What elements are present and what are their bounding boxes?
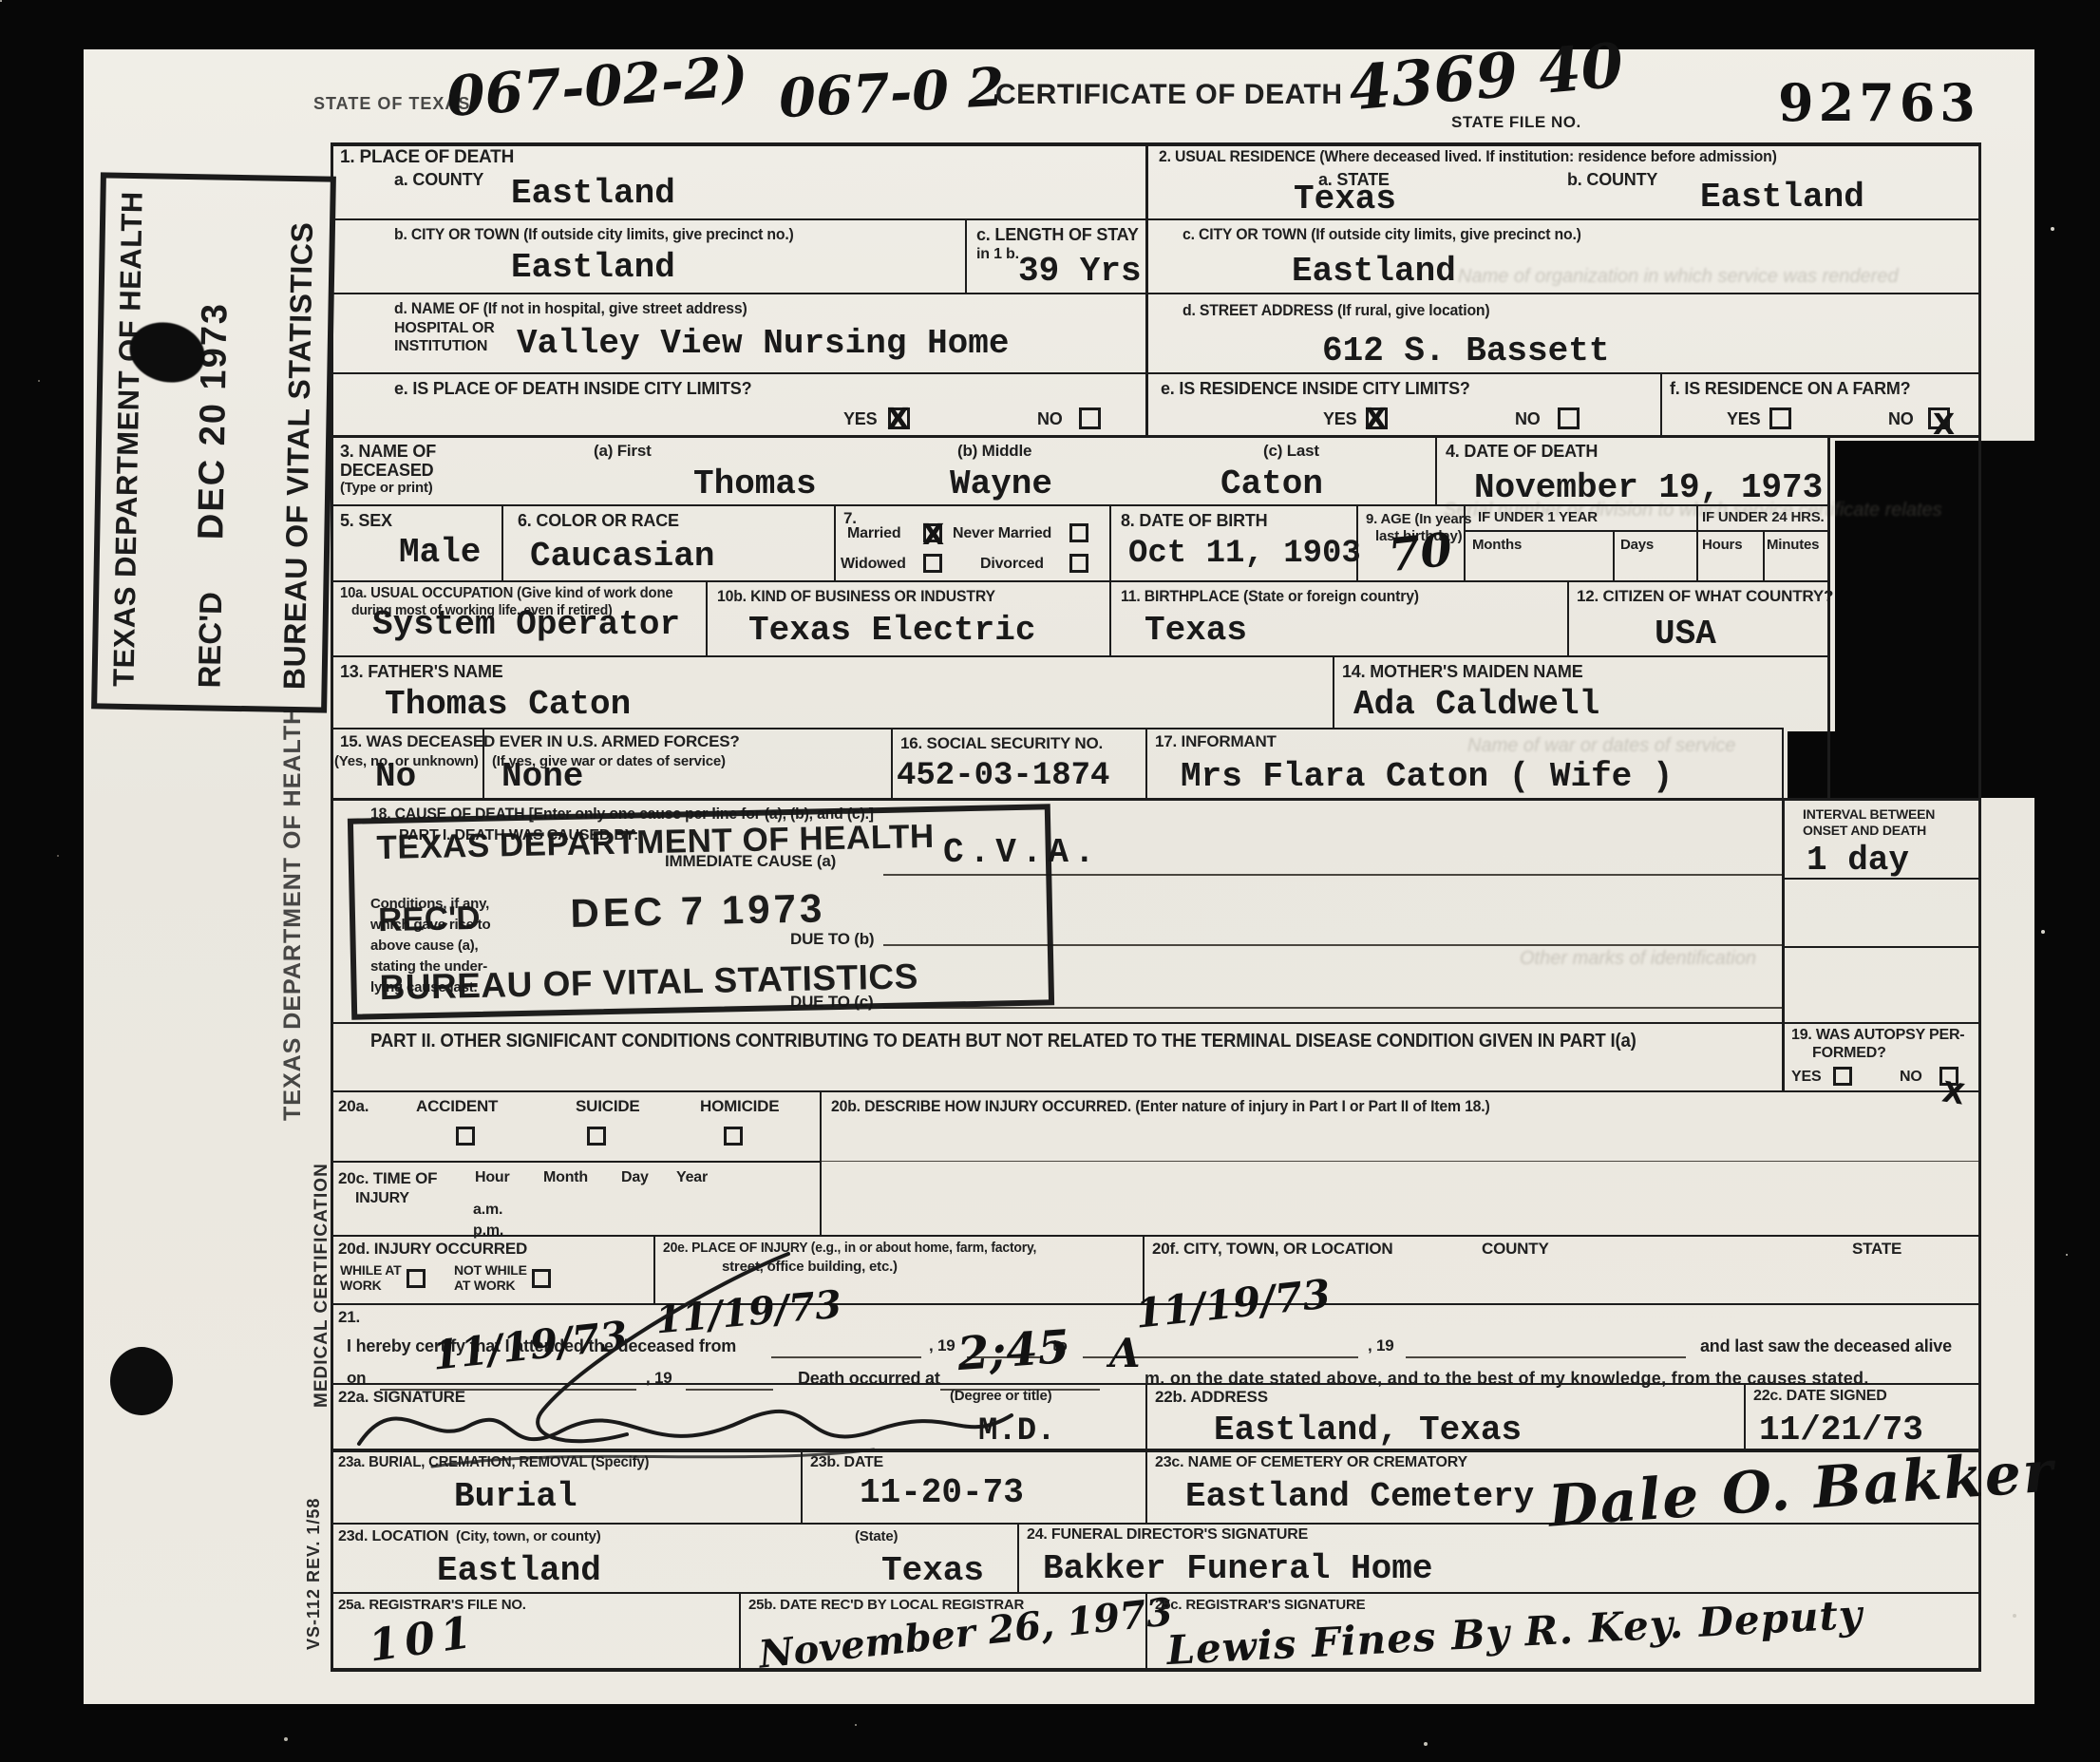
check-x: X [1933,408,1955,442]
field-17-value: Mrs Flara Caton ( Wife ) [1181,760,1673,794]
field-1c-label2: in 1 b. [976,247,1019,263]
field-1d-label2: HOSPITAL OR [394,321,495,337]
rule-line [1406,1356,1686,1358]
stamp-line1: TEXAS DEPARTMENT OF HEALTH [376,816,1023,867]
married-label: Married [847,526,900,542]
field-1d-label: d. NAME OF (If not in hospital, give str… [394,300,747,317]
field-19-label2: FORMED? [1812,1046,1886,1062]
last-name-label: (c) Last [1263,443,1319,460]
field-2b-label: b. COUNTY [1567,171,1657,189]
field-2b-value: Eastland [1700,180,1864,215]
checkbox-suicide [587,1127,606,1146]
field-15s2-value: None [501,760,583,794]
city-town-county-label: (City, town, or county) [456,1529,601,1544]
month-label: Month [543,1170,588,1186]
yes-label: YES [1727,410,1760,428]
degree-title-label: (Degree or title) [950,1389,1051,1404]
divider [739,1592,741,1668]
middle-name-value: Wayne [950,467,1052,502]
field-14-value: Ada Caldwell [1353,688,1599,722]
stamp-date: DEC 7 1973 [570,885,826,937]
field-25c-label: 25c. REGISTRAR'S SIGNATURE [1155,1598,1365,1613]
year-label: Year [676,1170,708,1186]
certify-tail-text: m. on the date stated above, and to the … [1145,1370,1869,1388]
yes-label: YES [1323,410,1356,428]
scanned-death-certificate: STATE OF TEXAS 067-02-2) 067-0 2 CERTIFI… [0,0,2100,1762]
bleed-through-text: Name of organization in which service wa… [1458,266,1899,288]
field-2f-label: f. IS RESIDENCE ON A FARM? [1670,380,1910,398]
field-10b-label: 10b. KIND OF BUSINESS OR INDUSTRY [717,588,995,605]
bleed-through-text: Other marks of identification [1520,948,1756,970]
divider [1827,435,1830,798]
field-23b-value: 11-20-73 [860,1476,1024,1510]
field-22b-label: 22b. ADDRESS [1155,1389,1268,1406]
divider [331,218,1981,220]
divider [706,580,708,655]
field-20b-label: 20b. DESCRIBE HOW INJURY OCCURRED. (Ente… [831,1098,1490,1115]
field-3-label2: DECEASED [340,462,433,480]
hour-label: Hour [475,1170,510,1186]
divider [331,1090,1981,1092]
divider [1567,580,1569,655]
field-20c-label: 20c. TIME OF [338,1170,437,1187]
field-2c-label: c. CITY OR TOWN (If outside city limits,… [1182,226,1581,243]
field-5-value: Male [399,536,481,570]
divider [501,504,503,580]
stamp-date: DEC 20 1973 [191,301,236,540]
field-2d-label: d. STREET ADDRESS (If rural, give locati… [1182,302,1489,319]
yes-label: YES [1791,1070,1821,1086]
field-2c-value: Eastland [1292,255,1456,289]
checkbox-2f-yes [1769,407,1791,429]
field-1b-label: b. CITY OR TOWN (If outside city limits,… [394,226,794,243]
suicide-label: SUICIDE [576,1098,640,1115]
field-5-label: 5. SEX [340,512,392,530]
yes-label: YES [843,410,877,428]
field-6-value: Caucasian [530,540,714,574]
field-12-label: 12. CITIZEN OF WHAT COUNTRY? [1577,588,1833,605]
field-14-label: 14. MOTHER'S MAIDEN NAME [1342,663,1583,681]
am-label: a.m. [473,1203,502,1219]
field-1a-label: a. COUNTY [394,171,483,189]
field-22c-value: 11/21/73 [1759,1413,1923,1448]
field-15-label: 15. WAS DECEASED EVER IN U.S. ARMED FORC… [340,733,740,750]
field-8-value: Oct 11, 1903 [1128,538,1361,570]
comma-19: , 19 [1368,1337,1394,1355]
field-20a-label: 20a. [338,1098,369,1115]
divider [1435,435,1437,506]
field-23d-label: 23d. LOCATION [338,1529,448,1545]
last-name-value: Caton [1220,467,1323,502]
divider [331,435,1981,438]
never-married-label: Never Married [953,526,1051,542]
field-13-label: 13. FATHER'S NAME [340,663,503,681]
field-16-label: 16. SOCIAL SECURITY NO. [900,735,1103,752]
film-specks [0,0,2,2]
divider [1660,372,1662,435]
certificate-title: CERTIFICATE OF DEATH [995,80,1343,110]
checkbox-married: X [923,523,942,542]
divider [820,1090,822,1235]
field-1d-label3: INSTITUTION [394,339,487,355]
divider [1145,1449,1147,1523]
divider [331,372,1981,374]
divider [1763,530,1765,580]
field-1a-value: Eastland [511,177,675,211]
field-23a-value: Burial [454,1480,577,1514]
field-1d-value: Valley View Nursing Home [517,327,1009,361]
divider [1145,728,1147,798]
certificate-number: 92763 [1778,76,1980,130]
checkbox-2e-yes: X [1366,407,1388,429]
field-1c-label: c. LENGTH OF STAY [976,226,1139,244]
divider [1145,142,1148,437]
field-20c-label2: INJURY [355,1191,409,1207]
field-22b-value: Eastland, Texas [1214,1413,1522,1448]
minutes-label: Minutes [1767,538,1819,553]
field-23c-value: Eastland Cemetery [1185,1480,1534,1514]
divider [1109,504,1111,656]
divider [1333,655,1334,728]
rule-line [883,1007,1782,1009]
divider [1145,1383,1147,1449]
checkbox-divorced [1069,554,1088,573]
divider [331,293,1981,294]
checkbox-1e-yes: X [888,407,910,429]
field-1b-value: Eastland [511,251,675,285]
field-13-value: Thomas Caton [385,688,631,722]
no-label: NO [1515,410,1541,428]
divider [331,142,1981,146]
field-4-value: November 19, 1973 [1474,471,1823,505]
stamp-recd: REC'D [378,900,481,939]
physician-signature [342,1246,1073,1474]
field-9-value: 70 [1387,527,1454,579]
field-19-label: 19. WAS AUTOPSY PER- [1791,1028,1964,1044]
no-label: NO [1888,410,1914,428]
checkbox-accident [456,1127,475,1146]
stamp-line3: BUREAU OF VITAL STATISTICS [276,198,320,690]
middle-name-label: (b) Middle [957,443,1031,460]
divider [331,1235,1981,1237]
checkbox-homicide [724,1127,743,1146]
divider [331,1022,1981,1024]
field-1c-value: 39 Yrs [1018,255,1142,289]
field-23b-label: 23b. DATE [810,1455,883,1471]
stamp-recd: REC'D [191,591,229,688]
divider [965,218,967,293]
field-23a-label: 23a. BURIAL, CREMATION, REMOVAL (Specify… [338,1455,649,1471]
divider [1613,530,1615,580]
field-3-label: 3. NAME OF [340,443,436,461]
stamp-line3: BUREAU OF VITAL STATISTICS [379,955,1026,1008]
widowed-label: Widowed [841,557,906,573]
interval-label: INTERVAL BETWEEN [1803,807,1935,822]
field-15s1-value: No [375,760,416,794]
state-paren-label: (State) [855,1529,898,1544]
margin-medical-certification: MEDICAL CERTIFICATION [312,1151,332,1408]
divider [1696,504,1698,580]
divider [1744,1383,1746,1449]
received-stamp-dec7: TEXAS DEPARTMENT OF HEALTH REC'DDEC 7 19… [348,804,1054,1019]
day-label: Day [621,1170,649,1186]
field-16-value: 452-03-1874 [897,760,1109,792]
degree-title-value: M.D. [978,1415,1056,1448]
hours-label: Hours [1702,538,1742,553]
bleed-through-text: Name of war or dates of service [1467,735,1735,757]
field-10a-value: System Operator [372,608,680,642]
divider [331,655,1829,657]
field-17-label: 17. INFORMANT [1155,733,1277,750]
county-label: COUNTY [1482,1241,1549,1258]
check-x: X [1365,403,1387,436]
divider [331,1668,1981,1672]
first-name-label: (a) First [594,443,652,460]
days-label: Days [1620,538,1654,553]
background-wedge [1835,441,2100,733]
state-file-no-label: STATE FILE NO. [1451,114,1581,131]
months-label: Months [1472,538,1522,553]
interval-value: 1 day [1807,843,1909,878]
divider [834,504,836,580]
field-2a-value: Texas [1294,182,1396,217]
field-23d-city-value: Eastland [437,1554,601,1588]
divider [331,580,1829,582]
interval-label2: ONSET AND DEATH [1803,824,1926,838]
field-3-label3: (Type or print) [340,481,433,496]
under-24-hrs-label: IF UNDER 24 HRS. [1702,510,1825,525]
divider [331,728,1784,729]
field-2-label: 2. USUAL RESIDENCE (Where deceased lived… [1159,148,1777,165]
divider [891,728,893,798]
divider [822,1161,1978,1162]
divider [1017,1523,1019,1592]
accident-label: ACCIDENT [416,1098,498,1115]
divider [331,798,1981,801]
hw-am-pm: A [1109,1334,1141,1374]
last-saw-alive-text: and last saw the deceased alive [1700,1337,1952,1355]
checkbox-never-married [1069,523,1088,542]
divider [1782,798,1785,1090]
no-label: NO [1037,410,1063,428]
no-label: NO [1900,1070,1922,1086]
field-23d-state-value: Texas [881,1554,984,1588]
checkbox-2e-no [1558,407,1580,429]
first-name-value: Thomas [693,467,817,502]
field-20f-label: 20f. CITY, TOWN, OR LOCATION [1152,1241,1393,1258]
field-8-label: 8. DATE OF BIRTH [1121,512,1267,530]
received-stamp-dec20: TEXAS DEPARTMENT OF HEALTH REC'DDEC 20 1… [85,169,342,715]
checkbox-widowed [923,554,942,573]
divider [1464,530,1829,532]
part2-label: PART II. OTHER SIGNIFICANT CONDITIONS CO… [370,1032,1636,1052]
handwritten-code-2: 067-0 2 [778,61,1006,125]
divider [1785,946,1978,948]
field-12-value: USA [1655,617,1716,652]
field-23c-label: 23c. NAME OF CEMETERY OR CREMATORY [1155,1455,1467,1471]
field-10b-value: Texas Electric [748,614,1035,648]
homicide-label: HOMICIDE [700,1098,779,1115]
checkbox-autopsy-yes [1833,1067,1852,1086]
field-11-label: 11. BIRTHPLACE (State or foreign country… [1121,588,1419,605]
stamp-line1: TEXAS DEPARTMENT OF HEALTH [107,195,150,687]
field-2e-label: e. IS RESIDENCE INSIDE CITY LIMITS? [1161,380,1470,398]
form-number: VS-112 REV. 1/58 [304,1474,324,1650]
field-1-label: 1. PLACE OF DEATH [340,148,514,167]
hole-punch [110,1347,173,1415]
field-22c-label: 22c. DATE SIGNED [1753,1389,1887,1405]
under-1-year-label: IF UNDER 1 YEAR [1478,510,1598,525]
field-11-value: Texas [1145,614,1247,648]
field-24-typed-value: Bakker Funeral Home [1043,1552,1432,1586]
field-4-label: 4. DATE OF DEATH [1446,443,1598,461]
check-x: X [922,519,944,552]
field-9-label: 9. AGE (In years [1366,512,1471,527]
field-24-label: 24. FUNERAL DIRECTOR'S SIGNATURE [1027,1527,1308,1544]
check-x: X [887,403,909,436]
background-wedge [1788,731,2100,798]
checkbox-autopsy-no: X [1939,1067,1958,1086]
divider [331,1161,822,1163]
divorced-label: Divorced [980,557,1044,573]
divider [1782,728,1784,798]
state-label: STATE [1852,1241,1901,1258]
checkbox-2f-no: X [1928,407,1950,429]
field-10a-label: 10a. USUAL OCCUPATION (Give kind of work… [340,586,672,602]
pm-label: p.m. [473,1223,503,1240]
field-6-label: 6. COLOR OR RACE [518,512,679,530]
field-1e-label: e. IS PLACE OF DEATH INSIDE CITY LIMITS? [394,380,751,398]
checkbox-1e-no [1079,407,1101,429]
field-2d-value: 612 S. Bassett [1322,334,1609,369]
